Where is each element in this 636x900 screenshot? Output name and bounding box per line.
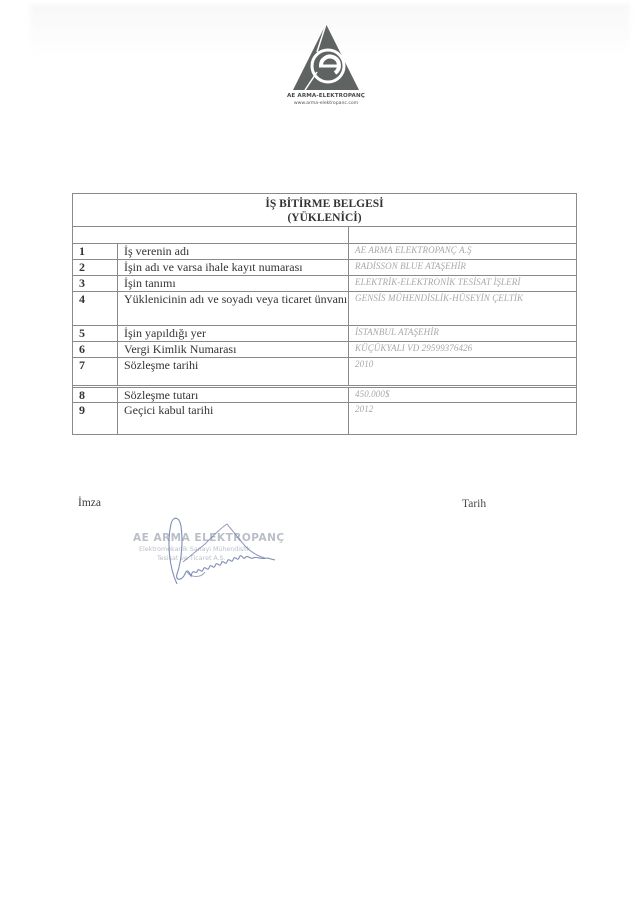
table-row: 6 Vergi Kimlik Numarası KÜÇÜKYALI VD 295… — [73, 342, 576, 358]
completion-certificate-table: İŞ BİTİRME BELGESİ (YÜKLENİCİ) 1 İş vere… — [72, 193, 577, 435]
document-subtitle: (YÜKLENİCİ) — [73, 211, 576, 225]
row-value: KÜÇÜKYALI VD 29599376426 — [349, 342, 576, 357]
table-row: 9 Geçici kabul tarihi 2012 — [73, 403, 576, 434]
row-number: 9 — [73, 403, 118, 434]
row-number: 3 — [73, 276, 118, 291]
row-value: ELEKTRİK-ELEKTRONİK TESİSAT İŞLERİ — [349, 276, 576, 291]
company-logo: AE ARMA-ELEKTROPANÇ www.arma-elektropanc… — [276, 22, 376, 118]
row-label: Sözleşme tarihi — [118, 358, 349, 385]
table-row: 4 Yüklenicinin adı ve soyadı veya ticare… — [73, 292, 576, 326]
table-row: 3 İşin tanımı ELEKTRİK-ELEKTRONİK TESİSA… — [73, 276, 576, 292]
row-number: 8 — [73, 388, 118, 402]
row-label: Vergi Kimlik Numarası — [118, 342, 349, 357]
company-name: AE ARMA-ELEKTROPANÇ — [276, 93, 376, 99]
company-stamp: AE ARMA ELEKTROPANÇ Elektromekanik Sanay… — [125, 512, 295, 592]
row-number: 6 — [73, 342, 118, 357]
signature-label: İmza — [78, 497, 101, 509]
row-value: AE ARMA ELEKTROPANÇ A.Ş — [349, 244, 576, 259]
row-number: 1 — [73, 244, 118, 259]
row-label: İşin tanımı — [118, 276, 349, 291]
company-website: www.arma-elektropanc.com — [276, 101, 376, 106]
row-label: Yüklenicinin adı ve soyadı veya ticaret … — [118, 292, 349, 325]
row-value: İSTANBUL ATAŞEHİR — [349, 326, 576, 341]
table-spacer-row — [73, 227, 576, 244]
table-row: 2 İşin adı ve varsa ihale kayıt numarası… — [73, 260, 576, 276]
table-header: İŞ BİTİRME BELGESİ (YÜKLENİCİ) — [73, 194, 576, 227]
table-row: 1 İş verenin adı AE ARMA ELEKTROPANÇ A.Ş — [73, 244, 576, 260]
row-label: Geçici kabul tarihi — [118, 403, 349, 434]
row-value: 2010 — [349, 358, 576, 385]
row-label: İş verenin adı — [118, 244, 349, 259]
row-number: 5 — [73, 326, 118, 341]
table-row: 8 Sözleşme tutarı 450.000$ — [73, 388, 576, 403]
row-number: 2 — [73, 260, 118, 275]
row-number: 4 — [73, 292, 118, 325]
handwritten-signature-icon — [125, 512, 295, 592]
date-label: Tarih — [462, 498, 486, 510]
row-label: İşin yapıldığı yer — [118, 326, 349, 341]
row-value: 450.000$ — [349, 388, 576, 402]
ae-triangle-logo-icon — [291, 22, 361, 92]
row-value: GENSİS MÜHENDİSLİK-HÜSEYİN ÇELTİK — [349, 292, 576, 325]
table-row: 5 İşin yapıldığı yer İSTANBUL ATAŞEHİR — [73, 326, 576, 342]
table-row: 7 Sözleşme tarihi 2010 — [73, 358, 576, 388]
document-title: İŞ BİTİRME BELGESİ — [73, 197, 576, 211]
row-label: İşin adı ve varsa ihale kayıt numarası — [118, 260, 349, 275]
row-label: Sözleşme tutarı — [118, 388, 349, 402]
row-value: RADİSSON BLUE ATAŞEHİR — [349, 260, 576, 275]
row-value: 2012 — [349, 403, 576, 434]
row-number: 7 — [73, 358, 118, 385]
